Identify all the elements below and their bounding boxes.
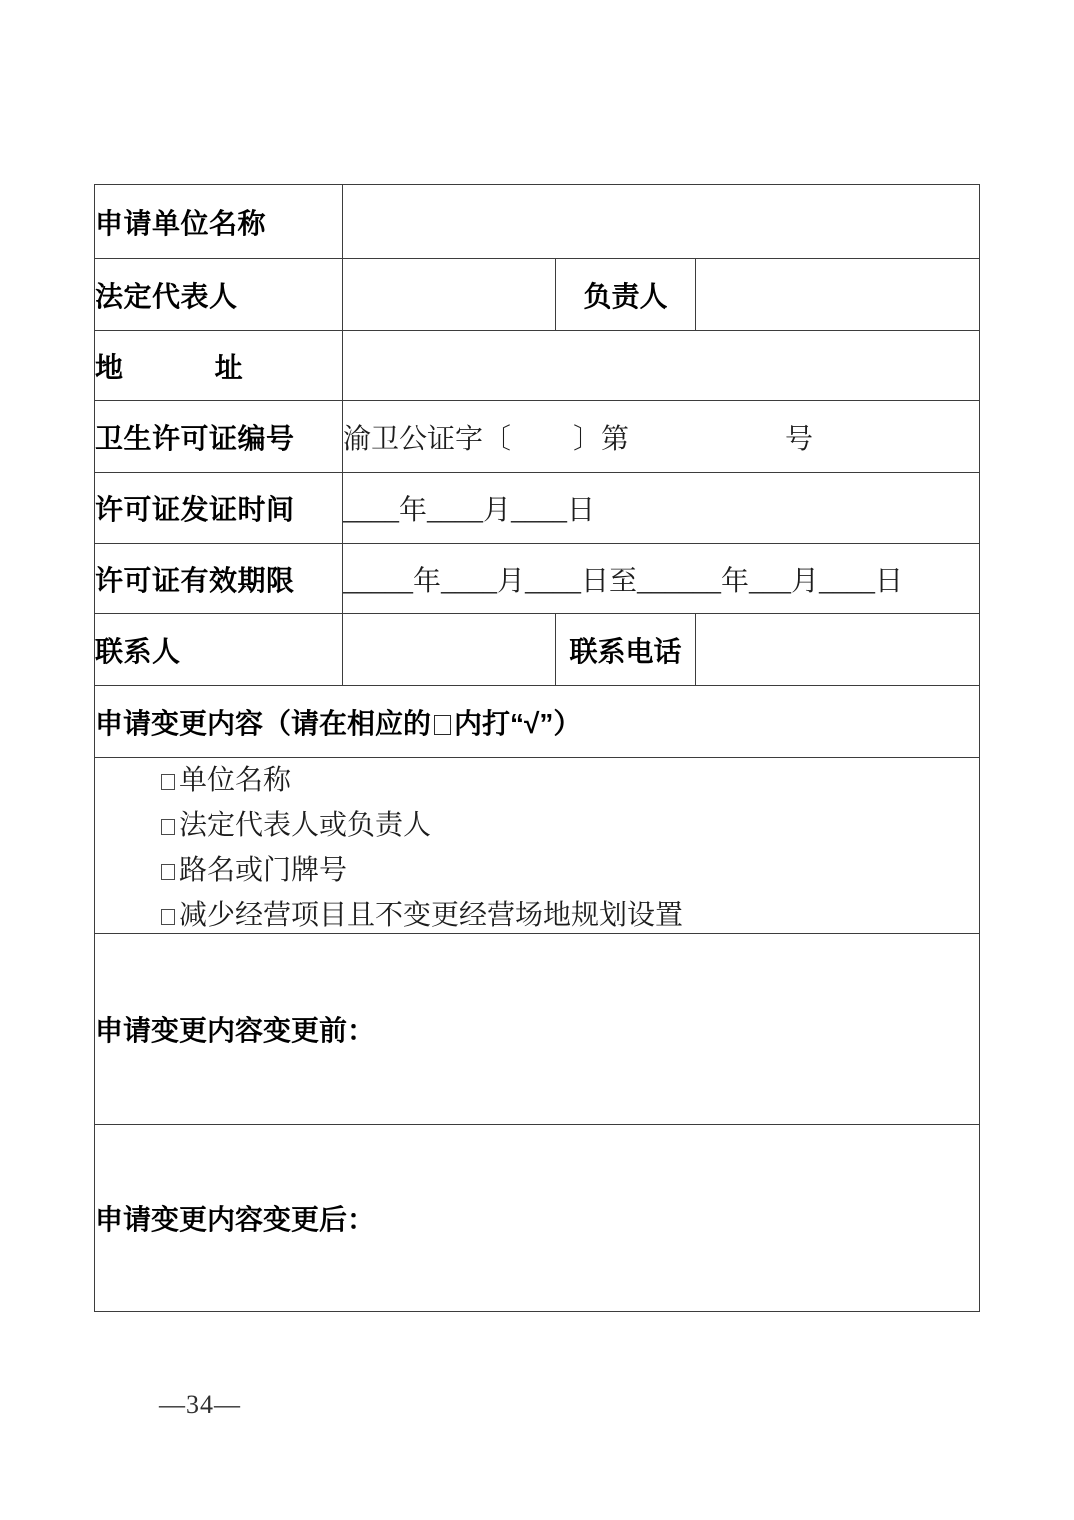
after-change-cell: 申请变更内容变更后： (95, 1125, 980, 1312)
change-option-reduce-items: 减少经营项目且不变更经营场地规划设置 (161, 899, 979, 933)
address-value-cell (343, 331, 980, 401)
checkbox-icon (434, 715, 451, 735)
before-change-label: 申请变更内容变更前： (95, 1015, 375, 1046)
application-form-table: 申请单位名称 法定代表人 负责人 地 址 卫生许可证编号 渝卫公证字〔〕第号 许… (94, 184, 980, 1312)
after-change-label: 申请变更内容变更后： (95, 1204, 375, 1235)
change-option-unit-name: 单位名称 (161, 764, 979, 798)
row-legal-representative: 法定代表人 负责人 (95, 259, 980, 331)
row-applicant-name: 申请单位名称 (95, 185, 980, 259)
permit-number-cell: 渝卫公证字〔〕第号 (343, 401, 980, 473)
before-change-cell: 申请变更内容变更前： (95, 934, 980, 1125)
permit-number-prefix: 渝卫公证字〔 (343, 424, 511, 455)
change-options-cell: 单位名称 法定代表人或负责人 路名或门牌号 减少经营项目且不变更经营场地规划设置 (95, 758, 980, 934)
row-permit-number: 卫生许可证编号 渝卫公证字〔〕第号 (95, 401, 980, 473)
permit-number-suffix: 号 (785, 424, 813, 455)
change-option-label: 单位名称 (179, 765, 291, 796)
change-header-pre: 申请变更内容（请在相应的 (95, 708, 431, 739)
contact-person-label: 联系人 (95, 614, 343, 686)
change-option-label: 法定代表人或负责人 (179, 810, 431, 841)
applicant-name-value-cell (343, 185, 980, 259)
row-change-content-header: 申请变更内容（请在相应的内打“√”） (95, 686, 980, 758)
permit-number-bracket-close: 〕第 (573, 424, 629, 455)
permit-issue-date-label: 许可证发证时间 (95, 473, 343, 544)
change-header-post: 内打“√”） (454, 708, 581, 739)
contact-person-value-cell (343, 614, 556, 686)
page-number: —34— (159, 1390, 241, 1420)
row-permit-issue-date: 许可证发证时间 ____年____月____日 (95, 473, 980, 544)
change-option-label: 减少经营项目且不变更经营场地规划设置 (179, 900, 683, 931)
checkbox-icon (161, 774, 175, 790)
row-change-options: 单位名称 法定代表人或负责人 路名或门牌号 减少经营项目且不变更经营场地规划设置 (95, 758, 980, 934)
permit-number-label: 卫生许可证编号 (95, 401, 343, 473)
row-address: 地 址 (95, 331, 980, 401)
checkbox-icon (161, 819, 175, 835)
change-option-road-name: 路名或门牌号 (161, 854, 979, 888)
checkbox-icon (161, 909, 175, 925)
permit-issue-date-cell: ____年____月____日 (343, 473, 980, 544)
contact-phone-value-cell (696, 614, 980, 686)
row-before-change: 申请变更内容变更前： (95, 934, 980, 1125)
checkbox-icon (161, 864, 175, 880)
row-after-change: 申请变更内容变更后： (95, 1125, 980, 1312)
row-contact: 联系人 联系电话 (95, 614, 980, 686)
person-in-charge-value-cell (696, 259, 980, 331)
permit-validity-cell: _____年____月____日至______年___月____日 (343, 544, 980, 614)
row-permit-validity: 许可证有效期限 _____年____月____日至______年___月____… (95, 544, 980, 614)
contact-phone-label: 联系电话 (556, 614, 696, 686)
legal-representative-label: 法定代表人 (95, 259, 343, 331)
permit-validity-label: 许可证有效期限 (95, 544, 343, 614)
change-content-header: 申请变更内容（请在相应的内打“√”） (95, 686, 980, 758)
change-option-legal-rep: 法定代表人或负责人 (161, 809, 979, 843)
change-option-label: 路名或门牌号 (179, 855, 347, 886)
applicant-name-label: 申请单位名称 (95, 185, 343, 259)
person-in-charge-label: 负责人 (556, 259, 696, 331)
address-label: 地 址 (95, 331, 343, 401)
legal-representative-value-cell (343, 259, 556, 331)
